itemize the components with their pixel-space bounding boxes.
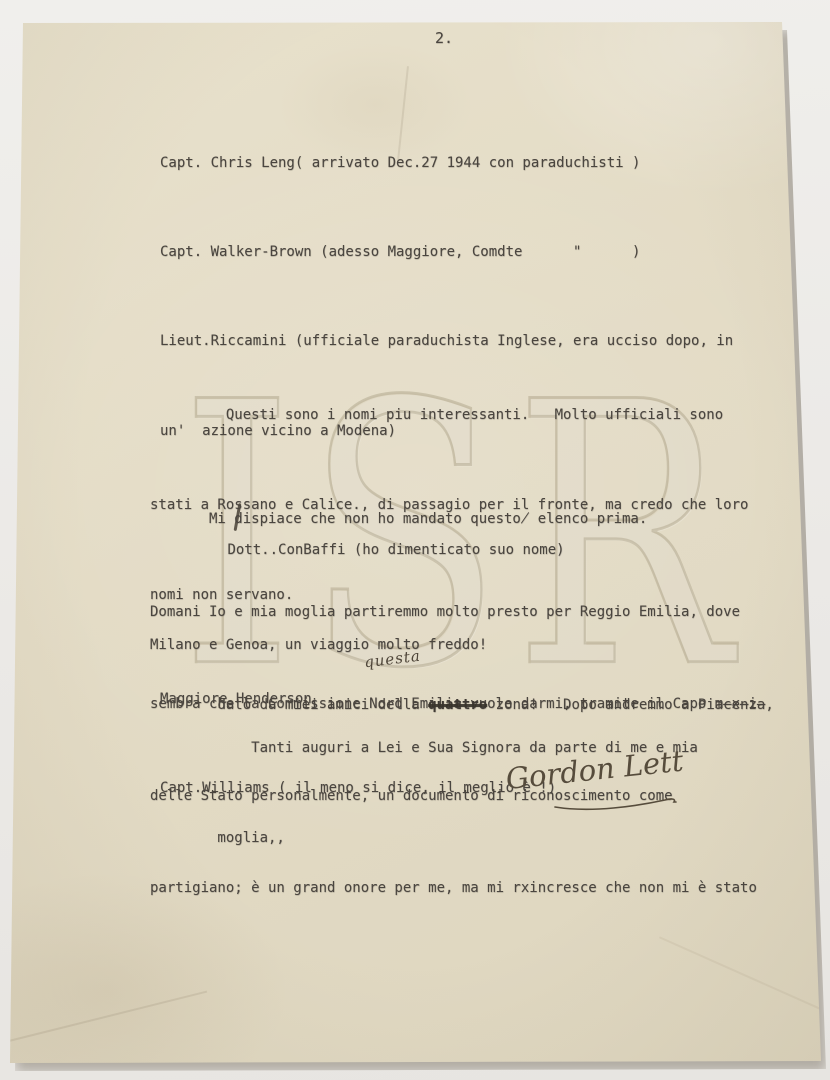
signature-graphic: Gordon Lett (497, 747, 697, 823)
typed-line: Mi dispiace che non ho mandato questo̸ e… (150, 504, 765, 535)
typed-line: Capt. Walker-Brown (adesso Maggiore, Com… (160, 238, 733, 268)
typed-line: Milano e Genoa, un viaggio molto freddo! (150, 630, 487, 660)
paper-crease (3, 991, 207, 1043)
typed-line: moglia,, (150, 823, 698, 853)
page-number: 2. (435, 29, 453, 47)
signature-text: Gordon Lett (504, 747, 685, 796)
typed-line: Questi sono i nomi piu interessanti. Mol… (150, 400, 748, 430)
letter-page: ISR 2. Capt. Chris Leng( arrivato Dec.27… (10, 21, 822, 1064)
signature-flourish (555, 799, 676, 809)
scanned-letter-photo: ISR 2. Capt. Chris Leng( arrivato Dec.27… (0, 0, 830, 1080)
typed-line: Capt. Chris Leng( arrivato Dec.27 1944 c… (160, 149, 733, 179)
signature: Gordon Lett (497, 747, 697, 827)
